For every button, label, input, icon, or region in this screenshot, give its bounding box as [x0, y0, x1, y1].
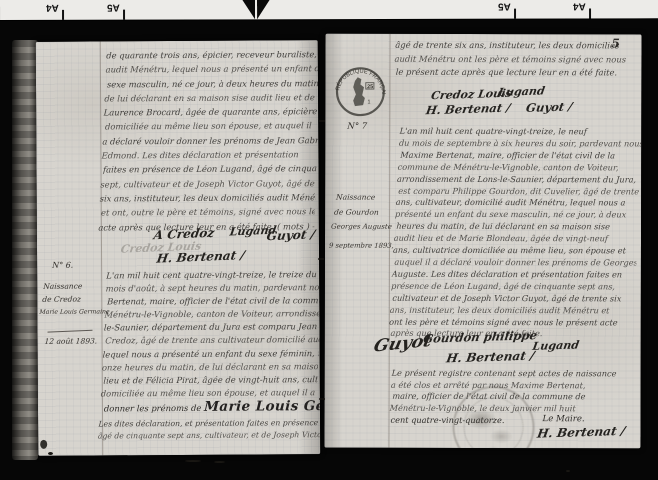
handwritten-line: audit lieu et de Marie Blondeau, âgée de…	[393, 233, 638, 246]
handwritten-line: Credoz, âgé de trente ans cultivateur do…	[105, 334, 320, 348]
dust-speck	[48, 452, 53, 455]
margin-act-number: N° 6.	[52, 261, 74, 270]
handwritten-line: audit Ménétru ont les père et témoins si…	[394, 52, 637, 66]
frame-center-marker-icon	[242, 0, 270, 19]
handwritten-line: a déclaré vouloir donner les prénoms de …	[102, 133, 319, 149]
signature-mayor: H. Bertenat /	[445, 349, 535, 366]
act-6-continuation-text: âgé de trente six ans, instituteur, les …	[393, 39, 637, 80]
signature-lugand: Lugand	[497, 84, 546, 98]
handwritten-line: Edmond. Les dites déclaration et présent…	[101, 147, 318, 163]
handwritten-line: ans, cultivatrice domiciliée au même lie…	[393, 245, 638, 258]
handwritten-line: sept, cultivateur et de Joseph Victor Gu…	[100, 176, 317, 192]
handwritten-line: Maxime Bertenat, maire, officier de l'ét…	[400, 150, 642, 163]
handwritten-line: et ont, outre le père et témoins, signé …	[101, 204, 316, 220]
handwritten-line: Ménétru-le-Vignoble, canton de Voiteur, …	[104, 307, 320, 321]
handwritten-line: auquel il a déclaré vouloir donner les p…	[394, 257, 637, 270]
handwritten-line: L'an mil huit cent quatre-vingt-treize, …	[399, 126, 641, 139]
handwritten-line: Bertenat, maire, officier de l'état civi…	[107, 294, 321, 308]
signature-mayor-final: H. Bertenat /	[536, 424, 626, 441]
signature-lugand: Lugand	[532, 338, 581, 352]
handwritten-line: faites en présence de Léon Lugand, âgé d…	[103, 162, 318, 178]
handwritten-line: six ans, instituteur, les deux domicilié…	[99, 190, 316, 206]
handwritten-line: arrondissement de Lons-le-Saunier, dépar…	[397, 173, 642, 186]
handwritten-line: de quarante trois ans, épicier, receveur…	[106, 47, 320, 63]
ruler-label-a4-left: A4	[46, 2, 59, 13]
handwritten-line: Auguste. Les dites déclaration et présen…	[391, 269, 636, 282]
handwritten-line: domiciliée au même lieu son épouse, et a…	[105, 119, 320, 135]
margin-name-1: de Credoz	[42, 295, 81, 304]
handwritten-line: cultivateur et de Joseph Victor Guyot, â…	[392, 292, 635, 305]
signature-gourdon: Gourdon philippe	[422, 328, 538, 346]
handwritten-line: commune de Ménétru-le-Vignoble, canton d…	[397, 161, 641, 174]
handwritten-line: âgé de trente six ans, instituteur, les …	[395, 39, 638, 53]
handwritten-line: sexe masculin, né ce jour, à deux heures…	[107, 76, 321, 92]
dust-speck	[214, 461, 225, 463]
act-5-continuation-text: de quarante trois ans, épicier, receveur…	[98, 47, 320, 234]
handwritten-line: lequel nous a présenté un enfant du sexe…	[102, 347, 319, 361]
right-page: 5 âgé de trente six ans, instituteur, le…	[324, 34, 641, 449]
signature-mayor: H. Bertenat /	[425, 101, 512, 118]
act-6-text: L'an mil huit cent quatre-vingt-treize, …	[100, 268, 320, 400]
margin-naissance: Naissance	[43, 282, 83, 291]
margin-act-number: N° 7	[347, 122, 368, 132]
le-maire-label: Le Maire.	[543, 414, 585, 424]
microfilm-scan: A4 A5 A5 A4 de quarante trois ans, épici…	[0, 0, 658, 480]
handwritten-line: lieu et de Félicia Pirat, âgée de vingt-…	[103, 373, 318, 387]
ruler-label-a5-left: A5	[107, 2, 120, 13]
ruler-tick	[589, 8, 591, 18]
handwritten-line: ans, instituteur, les deux domiciliés au…	[389, 304, 634, 317]
handwritten-line: Laurence Brocard, âgée de quarante ans, …	[103, 104, 320, 120]
margin-name-1: de Gourdon	[334, 208, 379, 217]
handwritten-line: ont les père et témoins signé avec nous …	[389, 316, 634, 329]
republique-francaise-revenue-stamp-icon: RÉPUBLIQUE FRANÇAISE 25 1	[333, 64, 387, 120]
handwritten-line: audit Ménétru, lequel nous a présenté un…	[105, 61, 320, 77]
handwritten-line: mois d'août, à sept heures du matin, par…	[105, 281, 320, 295]
stitch-mark	[319, 120, 325, 122]
handwritten-line: âgé de cinquante sept ans, cultivateur, …	[98, 430, 321, 444]
book-edge-pages	[12, 40, 38, 460]
handwritten-line: heures du matin, de lui déclarant en sa …	[396, 221, 639, 234]
child-name-highlight: Marie Louis Germaine	[204, 398, 321, 415]
stamp-value: 25	[367, 84, 373, 90]
handwritten-line: de lui déclarant en sa maison sise audit…	[104, 90, 320, 106]
dust-speck	[185, 460, 201, 462]
signature-mayor: H. Bertenat /	[156, 248, 246, 266]
act-6-tail-text: Les dites déclaration, et présentation f…	[98, 417, 321, 443]
margin-date: 12 août 1893.	[44, 336, 97, 345]
ruler-label-a5-right: A5	[498, 1, 511, 12]
act-6-name-line: donner les prénoms de Marie Louis Germai…	[104, 398, 321, 416]
margin-date: 9 septembre 1893,	[329, 242, 394, 250]
stitch-mark	[318, 258, 324, 260]
handwritten-line: Le présent registre contenant sept actes…	[391, 368, 634, 380]
name-prefix: donner les prénoms de	[104, 403, 205, 414]
ruler-tick	[62, 10, 64, 20]
handwritten-line: est comparu Philippe Gourdon, dit Cuveli…	[398, 185, 641, 198]
margin-name-2: Marie Louis Germaine	[39, 308, 110, 315]
ruler-label-a4-right: A4	[573, 0, 586, 11]
handwritten-line: présence de Léon Lugand, âgé de cinquant…	[391, 281, 636, 294]
seated-figure	[353, 77, 365, 106]
handwritten-line: le présent acte après que lecture leur e…	[395, 66, 636, 80]
dust-speck	[566, 470, 570, 472]
handwritten-line: L'an mil huit cent quatre-vingt-treize, …	[106, 268, 320, 282]
stamp-base-number: 1	[368, 99, 371, 105]
margin-divider	[48, 330, 93, 333]
margin-name-2: Georges Auguste	[331, 223, 392, 231]
ink-blot	[40, 440, 47, 449]
triangle-left	[242, 0, 255, 19]
handwritten-line: onze heures du matin, de lui déclarant e…	[102, 360, 319, 374]
act-7-text: L'an mil huit cent quatre-vingt-treize, …	[388, 126, 641, 341]
handwritten-line: présenté un enfant du sexe masculin, né …	[395, 209, 640, 222]
handwritten-line: ans, cultivateur, domicilié audit Ménétr…	[395, 197, 640, 210]
handwritten-line: du mois de septembre à six heures du soi…	[399, 138, 642, 151]
handwritten-line: le-Saunier, département du Jura est comp…	[104, 321, 321, 335]
triangle-right	[257, 0, 270, 19]
stitch-mark	[319, 398, 325, 400]
signature-guyot: Guyot /	[525, 99, 574, 114]
left-page: de quarante trois ans, épicier, receveur…	[36, 40, 321, 456]
ruler-tick	[123, 10, 125, 20]
ruler-tick	[514, 9, 516, 19]
ruler-strip: A4 A5 A5 A4	[0, 0, 658, 20]
margin-naissance: Naissance	[336, 193, 376, 202]
signature-guyot: Guyot /	[266, 227, 316, 243]
stamp-inner-ring	[463, 397, 523, 448]
